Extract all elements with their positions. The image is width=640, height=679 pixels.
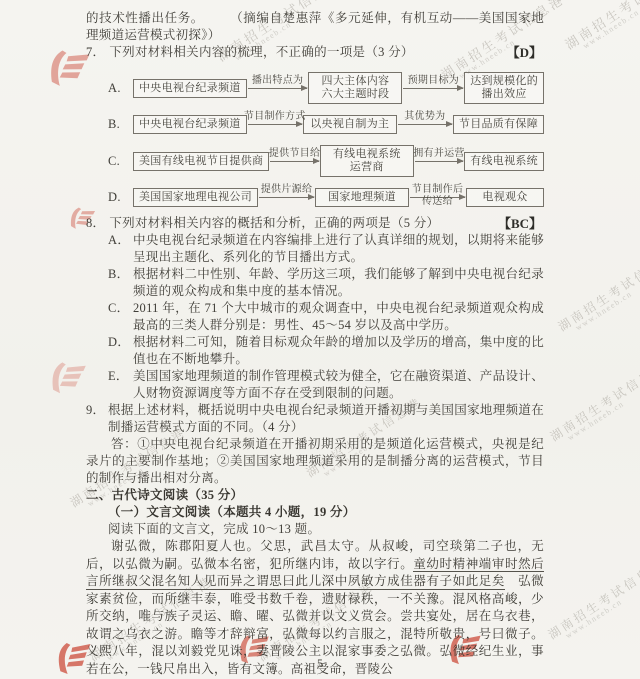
flowchart-row-b: B. 中央电视台纪录频道 节目制作方式 以央视自制为主 其优势为 节目品质有保障 xyxy=(108,115,544,134)
q8-option-d: D．根据材料二可知，随着目标观众年龄的增加以及学历的增高，集中度的比值也在不断地… xyxy=(108,334,544,368)
flow-box: 国家地理频道 xyxy=(315,188,409,207)
flow-box: 中央电视台纪录频道 xyxy=(133,79,247,98)
flow-arrow-label: 节目制作方式 xyxy=(244,111,306,123)
q9-number: 9． xyxy=(86,402,108,436)
flowchart-row-d: D. 美国国家地理电视公司 提供片源给 国家地理频道 节目制作后 传送给 电视观… xyxy=(108,188,544,207)
option-letter: A. xyxy=(108,80,133,97)
q8-answer-key: 【BC】 xyxy=(498,215,542,232)
option-letter: D． xyxy=(108,334,133,368)
option-letter: D. xyxy=(108,189,133,206)
flow-arrow-icon: 节目制作后 传送给 xyxy=(410,197,465,198)
q8-option-c: C．2011 年，在 71 个大中城市的观众调查中，中央电视台纪录频道观众构成最… xyxy=(108,300,544,334)
q9-answer-text: 答：①中央电视台纪录频道在开播初期采用的是频道化运营模式，央视是纪录片的主要制作… xyxy=(86,436,544,487)
flow-arrow-label: 提供片源给 xyxy=(261,184,313,196)
q8-stem-text: 下列对材料相关内容的概括和分析，正确的两项是（5 分） xyxy=(109,216,439,230)
q7-answer-key: 【D】 xyxy=(507,44,542,61)
option-letter: B． xyxy=(108,266,133,300)
q8-option-b: B．根据材料二中性别、年龄、学历这三项，我们能够了解到中央电视台纪录频道的观众构… xyxy=(108,266,544,300)
flow-arrow-icon: 提供节目给 xyxy=(270,161,318,162)
flow-box: 美国国家地理电视公司 xyxy=(133,188,258,207)
flow-box: 达到规模化的 播出效应 xyxy=(464,72,544,104)
flow-box: 四大主体内容 六大主题时段 xyxy=(308,72,402,104)
q8-option-e: E．美国国家地理频道的制作管理模式较为健全，它在融资渠道、产品设计、人财物资源调… xyxy=(108,368,544,402)
flow-box: 有线电视系统 运营商 xyxy=(320,145,414,177)
flow-box: 节目品质有保障 xyxy=(453,115,544,134)
option-letter: A． xyxy=(108,232,133,266)
flow-arrow-icon: 预期目标为 xyxy=(403,88,463,89)
q7-flowchart: A. 中央电视台纪录频道 播出特点为 四大主体内容 六大主题时段 预期目标为 达… xyxy=(86,72,544,207)
option-text: 美国国家地理频道的制作管理模式较为健全，它在融资渠道、产品设计、人财物资源调度等… xyxy=(133,368,544,402)
flow-arrow-icon: 其优势为 xyxy=(398,124,452,125)
q9-stem-text: 根据上述材料，概括说明中央电视台纪录频道开播初期与美国国家地理频道在制播运营模式… xyxy=(108,402,544,436)
flow-arrow-label: 提供节目给 xyxy=(269,148,321,160)
flow-arrow-icon: 提供片源给 xyxy=(259,197,314,198)
flow-box: 电视观众 xyxy=(466,188,544,207)
reading-instruction: 阅读下面的文言文，完成 10～13 题。 xyxy=(108,521,544,538)
section-2-subtitle: （一）文言文阅读（本题共 4 小题，19 分） xyxy=(108,504,544,521)
flow-box: 以央视自制为主 xyxy=(303,115,397,134)
option-letter: E． xyxy=(108,368,133,402)
intro-continuation-text: 的技术性播出任务。 xyxy=(86,11,204,25)
flow-arrow-icon: 播出特点为 xyxy=(248,88,308,89)
flow-box: 美国有线电视节目提供商 xyxy=(133,152,269,171)
exam-page: 的技术性播出任务。（摘编自楚惠萍《多元延伸，有机互动——美国国家地理频道运营模式… xyxy=(0,0,640,679)
flowchart-row-c: C. 美国有线电视节目提供商 提供节目给 有线电视系统 运营商 拥有并运营 有线… xyxy=(108,145,544,177)
flow-arrow-icon: 拥有并运营 xyxy=(415,161,463,162)
flow-arrow-label: 预期目标为 xyxy=(408,75,460,87)
flow-arrow-icon: 节目制作方式 xyxy=(248,124,302,125)
option-text: 根据材料二中性别、年龄、学历这三项，我们能够了解到中央电视台纪录频道的观众构成和… xyxy=(133,266,544,300)
q8-options: A．中央电视台纪录频道在内容编排上进行了认真详细的规划，以期将来能够呈现出主题化… xyxy=(86,232,544,402)
page-content: 的技术性播出任务。（摘编自楚惠萍《多元延伸，有机互动——美国国家地理频道运营模式… xyxy=(0,0,640,678)
flow-arrow-label: 拥有并运营 xyxy=(413,148,465,160)
q7-number: 7． xyxy=(86,45,109,59)
option-text: 2011 年，在 71 个大中城市的观众调查中，中央电视台纪录频道观众构成最高的… xyxy=(133,300,544,334)
flow-arrow-label: 播出特点为 xyxy=(252,75,304,87)
q8-option-a: A．中央电视台纪录频道在内容编排上进行了认真详细的规划，以期将来能够呈现出主题化… xyxy=(108,232,544,266)
q8-stem-line: 8．下列对材料相关内容的概括和分析，正确的两项是（5 分）【BC】 xyxy=(86,215,544,232)
flow-arrow-label: 节目制作后 传送给 xyxy=(412,184,464,208)
option-text: 中央电视台纪录频道在内容编排上进行了认真详细的规划，以期将来能够呈现出主题化、系… xyxy=(133,232,544,266)
q8-number: 8． xyxy=(86,216,109,230)
option-letter: B. xyxy=(108,116,133,133)
intro-paragraph: 的技术性播出任务。（摘编自楚惠萍《多元延伸，有机互动——美国国家地理频道运营模式… xyxy=(86,10,544,44)
option-letter: C. xyxy=(108,153,133,170)
flow-box: 有线电视系统 xyxy=(464,152,544,171)
flow-box: 中央电视台纪录频道 xyxy=(133,115,247,134)
option-text: 根据材料二可知，随着目标观众年龄的增加以及学历的增高，集中度的比值也在不断地攀升… xyxy=(133,334,544,368)
page-number: 5 xyxy=(0,656,640,671)
flow-arrow-label: 其优势为 xyxy=(404,111,445,123)
flowchart-row-a: A. 中央电视台纪录频道 播出特点为 四大主体内容 六大主题时段 预期目标为 达… xyxy=(108,72,544,104)
q9-stem-line: 9． 根据上述材料，概括说明中央电视台纪录频道开播初期与美国国家地理频道在制播运… xyxy=(86,402,544,436)
q7-stem-text: 下列对材料相关内容的梳理，不正确的一项是（3 分） xyxy=(109,45,413,59)
q7-stem-line: 7．下列对材料相关内容的梳理，不正确的一项是（3 分）【D】 xyxy=(86,44,544,61)
option-letter: C． xyxy=(108,300,133,334)
section-2-title: 二、古代诗文阅读（35 分） xyxy=(86,487,544,504)
